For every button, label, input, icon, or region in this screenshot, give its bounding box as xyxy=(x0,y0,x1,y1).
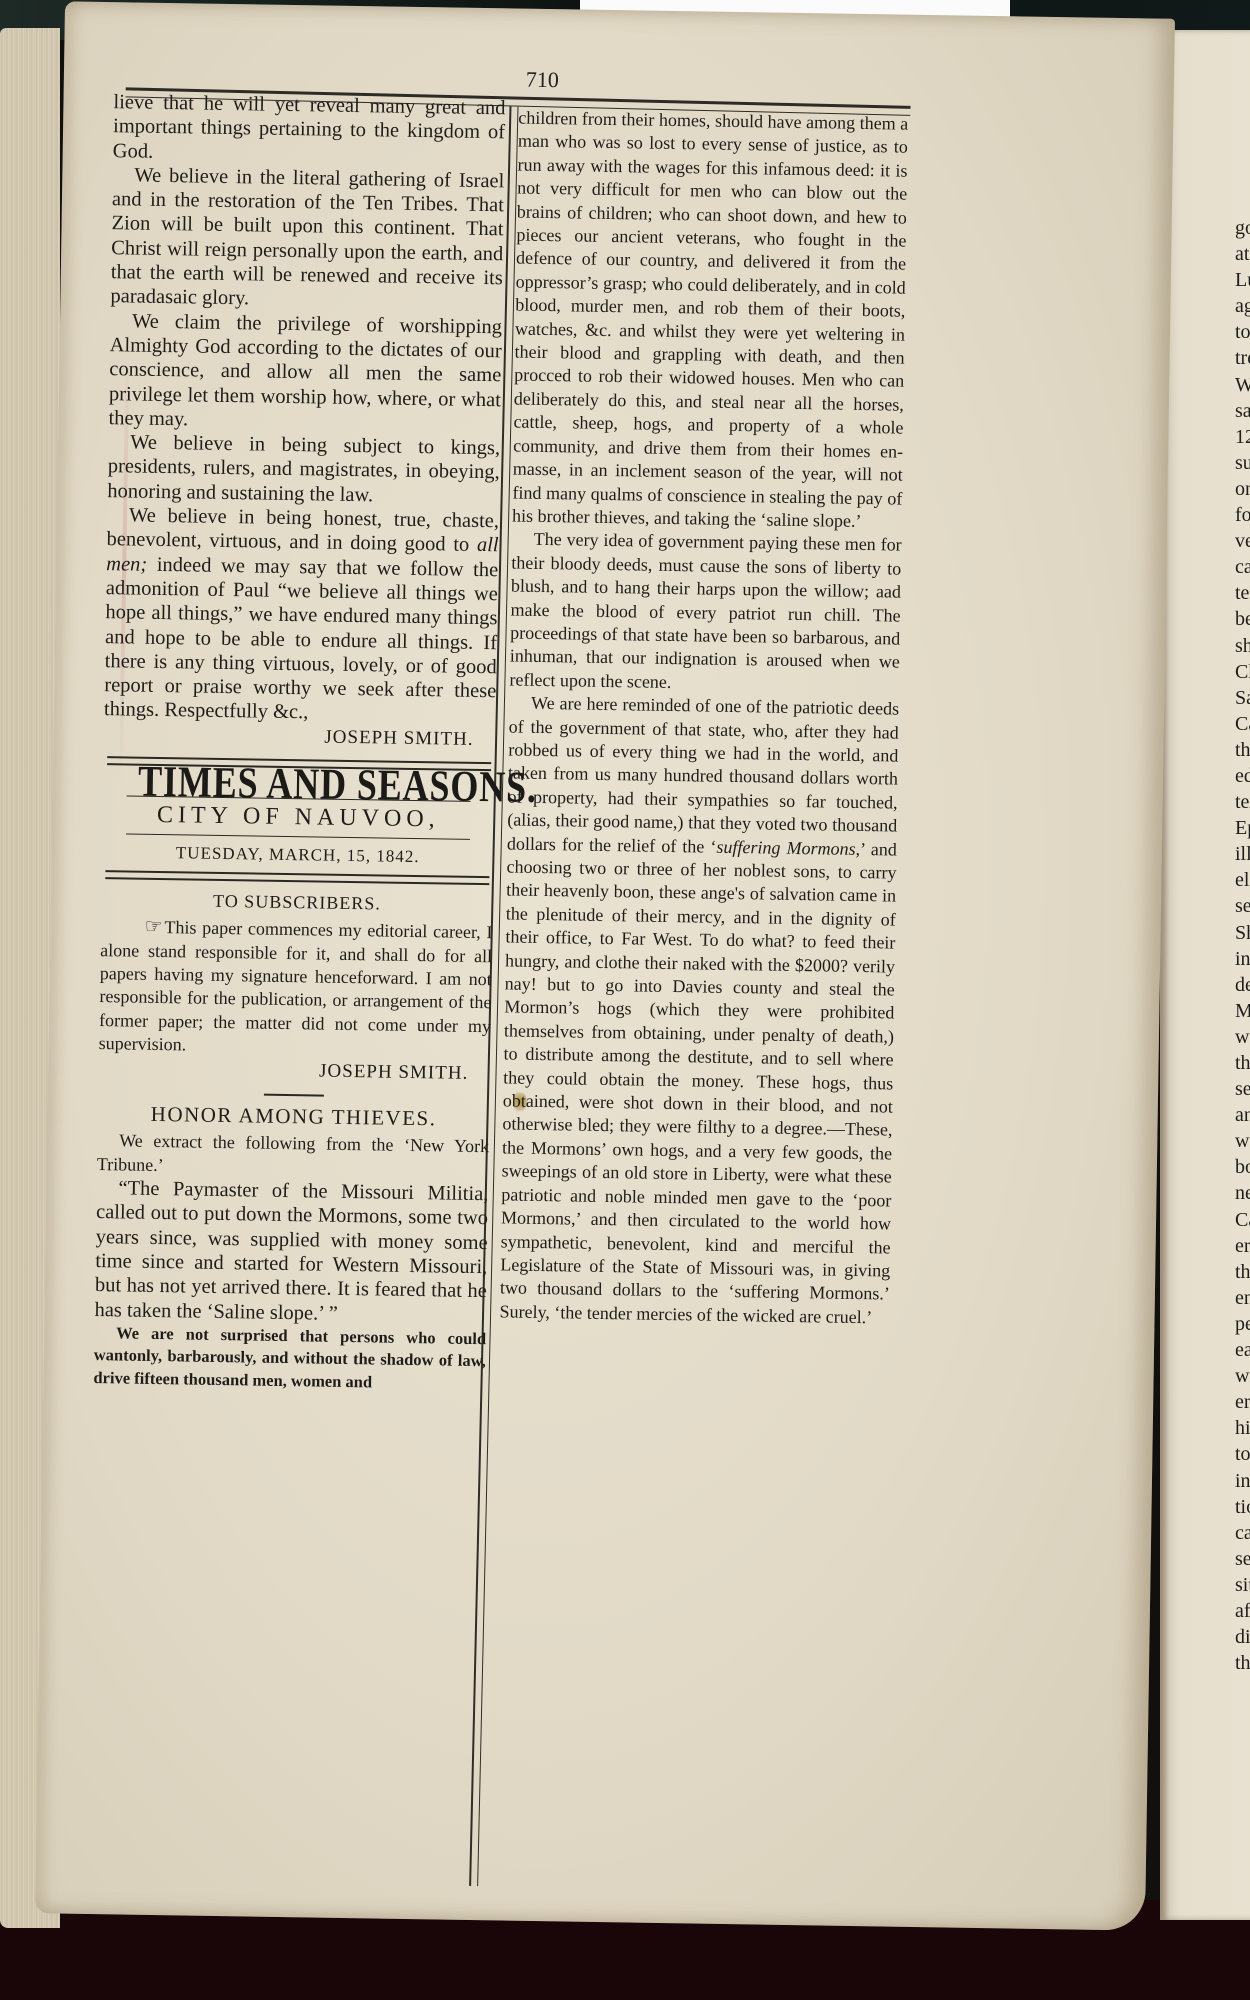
masthead-date: TUESDAY, MARCH, 15, 1842. xyxy=(102,840,494,870)
subscribers-notice: ☞This paper commences my editorial caree… xyxy=(99,915,493,1062)
article-paragraph: We believe in the literal gathering of I… xyxy=(110,163,504,315)
masthead: TIMES AND SEASONS. CITY OF NAUVOO, TUESD… xyxy=(101,756,495,885)
article-intro: We extract the following from the ‘New Y… xyxy=(97,1129,490,1182)
masthead-rule-bottom xyxy=(105,870,489,885)
masthead-rule xyxy=(126,833,470,839)
pointing-hand-icon: ☞ xyxy=(122,916,162,940)
continued-text: children from their homes, should have a… xyxy=(512,107,909,534)
section-heading-honor: HONOR AMONG THIEVES. xyxy=(97,1101,489,1131)
newspaper-page: 710 lieve that he will yet reveal many g… xyxy=(35,1,1175,1930)
signature: JOSEPH SMITH. xyxy=(98,1056,490,1086)
text-run: indeed we may say that we follow the adm… xyxy=(104,553,499,723)
italic-text: suffering Mormons, xyxy=(716,836,860,858)
article-paragraph: We claim the privilege of worshipping Al… xyxy=(108,309,502,437)
article-paragraph: We believe in being subject to kings, pr… xyxy=(107,430,500,509)
right-column: children from their homes, should have a… xyxy=(499,107,908,1330)
text-run: ’ and choosing two or three of her noble… xyxy=(499,839,897,1327)
section-divider xyxy=(264,1094,324,1097)
next-page-text: go at Lu ag to tre W sai 12 su on fo ve … xyxy=(1235,215,1250,1676)
article-paragraph: The very idea of government paying these… xyxy=(509,528,902,698)
text-run: We believe in being honest, true, chaste… xyxy=(106,505,499,557)
section-heading-subscribers: TO SUBSCRIBERS. xyxy=(101,887,493,917)
signature: JOSEPH SMITH. xyxy=(103,722,495,752)
next-page-fragment: go at Lu ag to tre W sai 12 su on fo ve … xyxy=(1160,30,1250,1920)
left-column: lieve that he will yet reveal many great… xyxy=(93,90,505,1395)
text-run: We are here reminded of one of the patri… xyxy=(507,693,899,856)
article-paragraph: We are not surprised that persons who co… xyxy=(93,1322,486,1395)
article-quote: “The Paymaster of the Missouri Militia, … xyxy=(94,1176,488,1328)
masthead-title: TIMES AND SEASONS. xyxy=(138,770,460,799)
page-number: 710 xyxy=(526,67,559,94)
article-paragraph: We believe in being honest, true, chaste… xyxy=(104,503,499,728)
article-paragraph: We are here reminded of one of the patri… xyxy=(499,692,899,1330)
continued-text: lieve that he will yet reveal many great… xyxy=(113,90,506,169)
